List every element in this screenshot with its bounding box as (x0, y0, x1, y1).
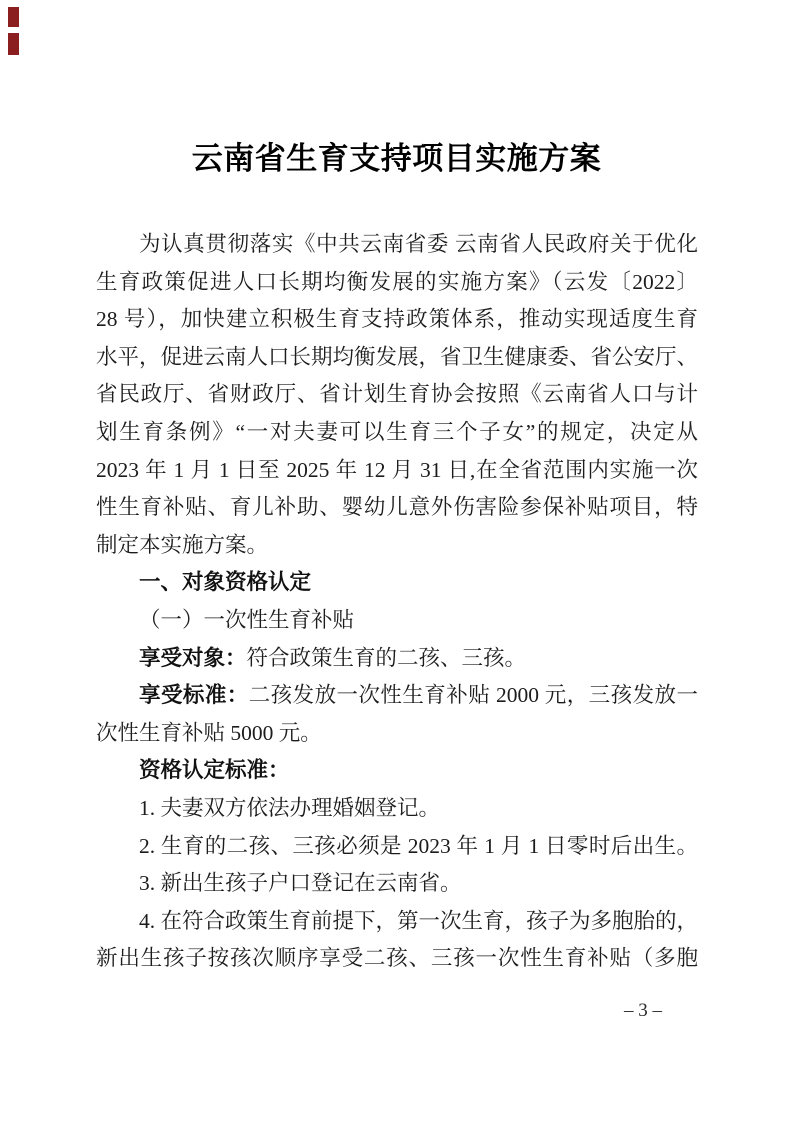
red-corner-mark-top (8, 7, 19, 27)
document-body: 为认真贯彻落实《中共云南省委 云南省人民政府关于优化 生育政策促进人口长期均衡发… (96, 226, 698, 978)
rule-line: 4. 在符合政策生育前提下，第一次生育，孩子为多胞胎的， (96, 903, 698, 941)
subsection-heading: （一）一次性生育补贴 (96, 602, 698, 640)
enjoy-standard-line-1: 享受标准：二孩发放一次性生育补贴 2000 元，三孩发放一 (96, 677, 698, 715)
intro-line: 2023 年 1 月 1 日至 2025 年 12 月 31 日,在全省范围内实… (96, 452, 698, 490)
intro-line: 划生育条例》“一对夫妻可以生育三个子女”的规定，决定从 (96, 414, 698, 452)
section-heading: 一、对象资格认定 (96, 564, 698, 602)
intro-line: 28 号），加快建立积极生育支持政策体系，推动实现适度生育 (96, 301, 698, 339)
rule-line: 2. 生育的二孩、三孩必须是 2023 年 1 月 1 日零时后出生。 (96, 828, 698, 866)
enjoy-target-text: 符合政策生育的二孩、三孩。 (247, 646, 527, 670)
page-number: – 3 – (600, 999, 686, 1023)
rule-line: 1. 夫妻双方依法办理婚姻登记。 (96, 790, 698, 828)
rule-line: 新出生孩子按孩次顺序享受二孩、三孩一次性生育补贴（多胞 (96, 940, 698, 978)
rule-line: 3. 新出生孩子户口登记在云南省。 (96, 865, 698, 903)
red-corner-mark-bottom (8, 33, 19, 55)
intro-line: 制定本实施方案。 (96, 527, 698, 565)
intro-line: 水平，促进云南人口长期均衡发展，省卫生健康委、省公安厅、 (96, 339, 698, 377)
enjoy-target-line: 享受对象：符合政策生育的二孩、三孩。 (96, 640, 698, 678)
enjoy-standard-label: 享受标准： (139, 683, 249, 707)
document-page: 云南省生育支持项目实施方案 为认真贯彻落实《中共云南省委 云南省人民政府关于优化… (0, 0, 793, 1122)
document-title: 云南省生育支持项目实施方案 (0, 139, 793, 179)
enjoy-standard-line-2: 次性生育补贴 5000 元。 (96, 715, 698, 753)
intro-line: 为认真贯彻落实《中共云南省委 云南省人民政府关于优化 (96, 226, 698, 264)
intro-line: 省民政厅、省财政厅、省计划生育协会按照《云南省人口与计 (96, 376, 698, 414)
intro-line: 性生育补贴、育儿补助、婴幼儿意外伤害险参保补贴项目，特 (96, 489, 698, 527)
enjoy-target-label: 享受对象： (139, 646, 247, 670)
qualification-heading: 资格认定标准： (96, 752, 698, 790)
enjoy-standard-text: 二孩发放一次性生育补贴 2000 元，三孩发放一 (249, 683, 698, 707)
intro-line: 生育政策促进人口长期均衡发展的实施方案》（云发〔2022〕 (96, 264, 698, 302)
